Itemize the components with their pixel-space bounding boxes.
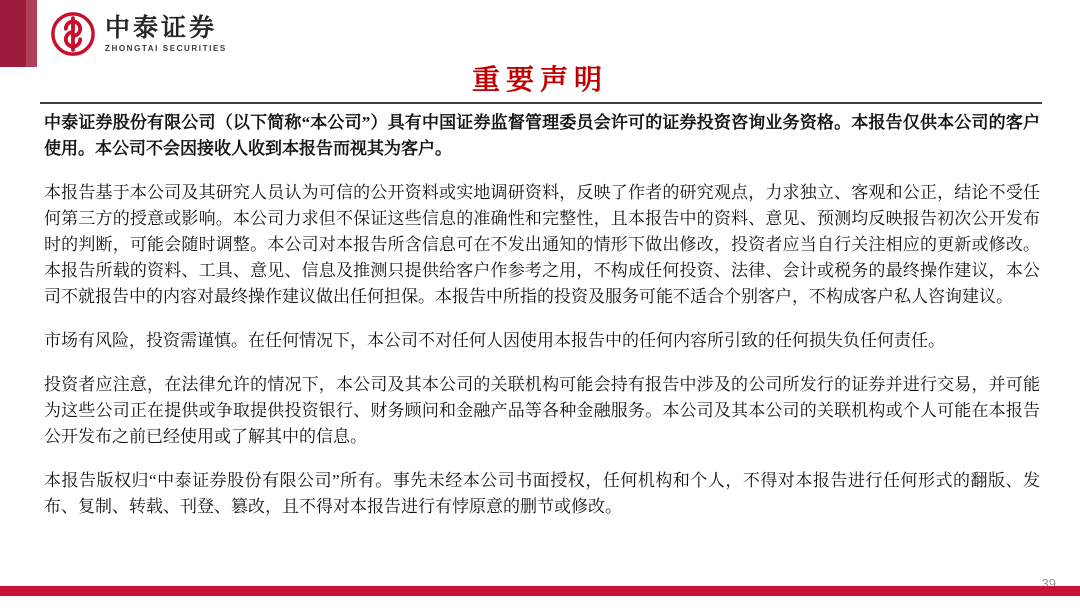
footer-accent-bar bbox=[0, 586, 1080, 596]
corner-accent-bar-light bbox=[26, 0, 37, 67]
company-name-cn: 中泰证券 bbox=[105, 15, 227, 43]
disclaimer-section: 中泰证券股份有限公司（以下简称“本公司”）具有中国证券监督管理委员会许可的证券投… bbox=[44, 110, 1040, 538]
disclaimer-paragraph-risk: 市场有风险，投资需谨慎。在任何情况下，本公司不对任何人因使用本报告中的任何内容所… bbox=[44, 328, 1040, 354]
company-logo-text: 中泰证券 ZHONGTAI SECURITIES bbox=[105, 15, 227, 54]
title-divider bbox=[40, 102, 1042, 104]
company-logo: 中泰证券 ZHONGTAI SECURITIES bbox=[50, 11, 227, 57]
page-title: 重要声明 bbox=[0, 58, 1080, 98]
disclaimer-paragraph-copyright: 本报告版权归“中泰证券股份有限公司”所有。事先未经本公司书面授权，任何机构和个人… bbox=[44, 468, 1040, 520]
disclaimer-paragraph-conflicts: 投资者应注意，在法律允许的情况下，本公司及其本公司的关联机构可能会持有报告中涉及… bbox=[44, 372, 1040, 450]
company-name-en: ZHONGTAI SECURITIES bbox=[105, 44, 227, 53]
corner-accent-bar-dark bbox=[0, 0, 26, 67]
disclaimer-slide: 中泰证券 ZHONGTAI SECURITIES 重要声明 中泰证券股份有限公司… bbox=[0, 0, 1080, 608]
disclaimer-paragraph-qualification: 中泰证券股份有限公司（以下简称“本公司”）具有中国证券监督管理委员会许可的证券投… bbox=[44, 110, 1040, 162]
disclaimer-paragraph-sources: 本报告基于本公司及其研究人员认为可信的公开资料或实地调研资料，反映了作者的研究观… bbox=[44, 180, 1040, 310]
corner-accent-bar bbox=[0, 0, 37, 67]
zhongtai-logo-icon bbox=[50, 11, 96, 57]
